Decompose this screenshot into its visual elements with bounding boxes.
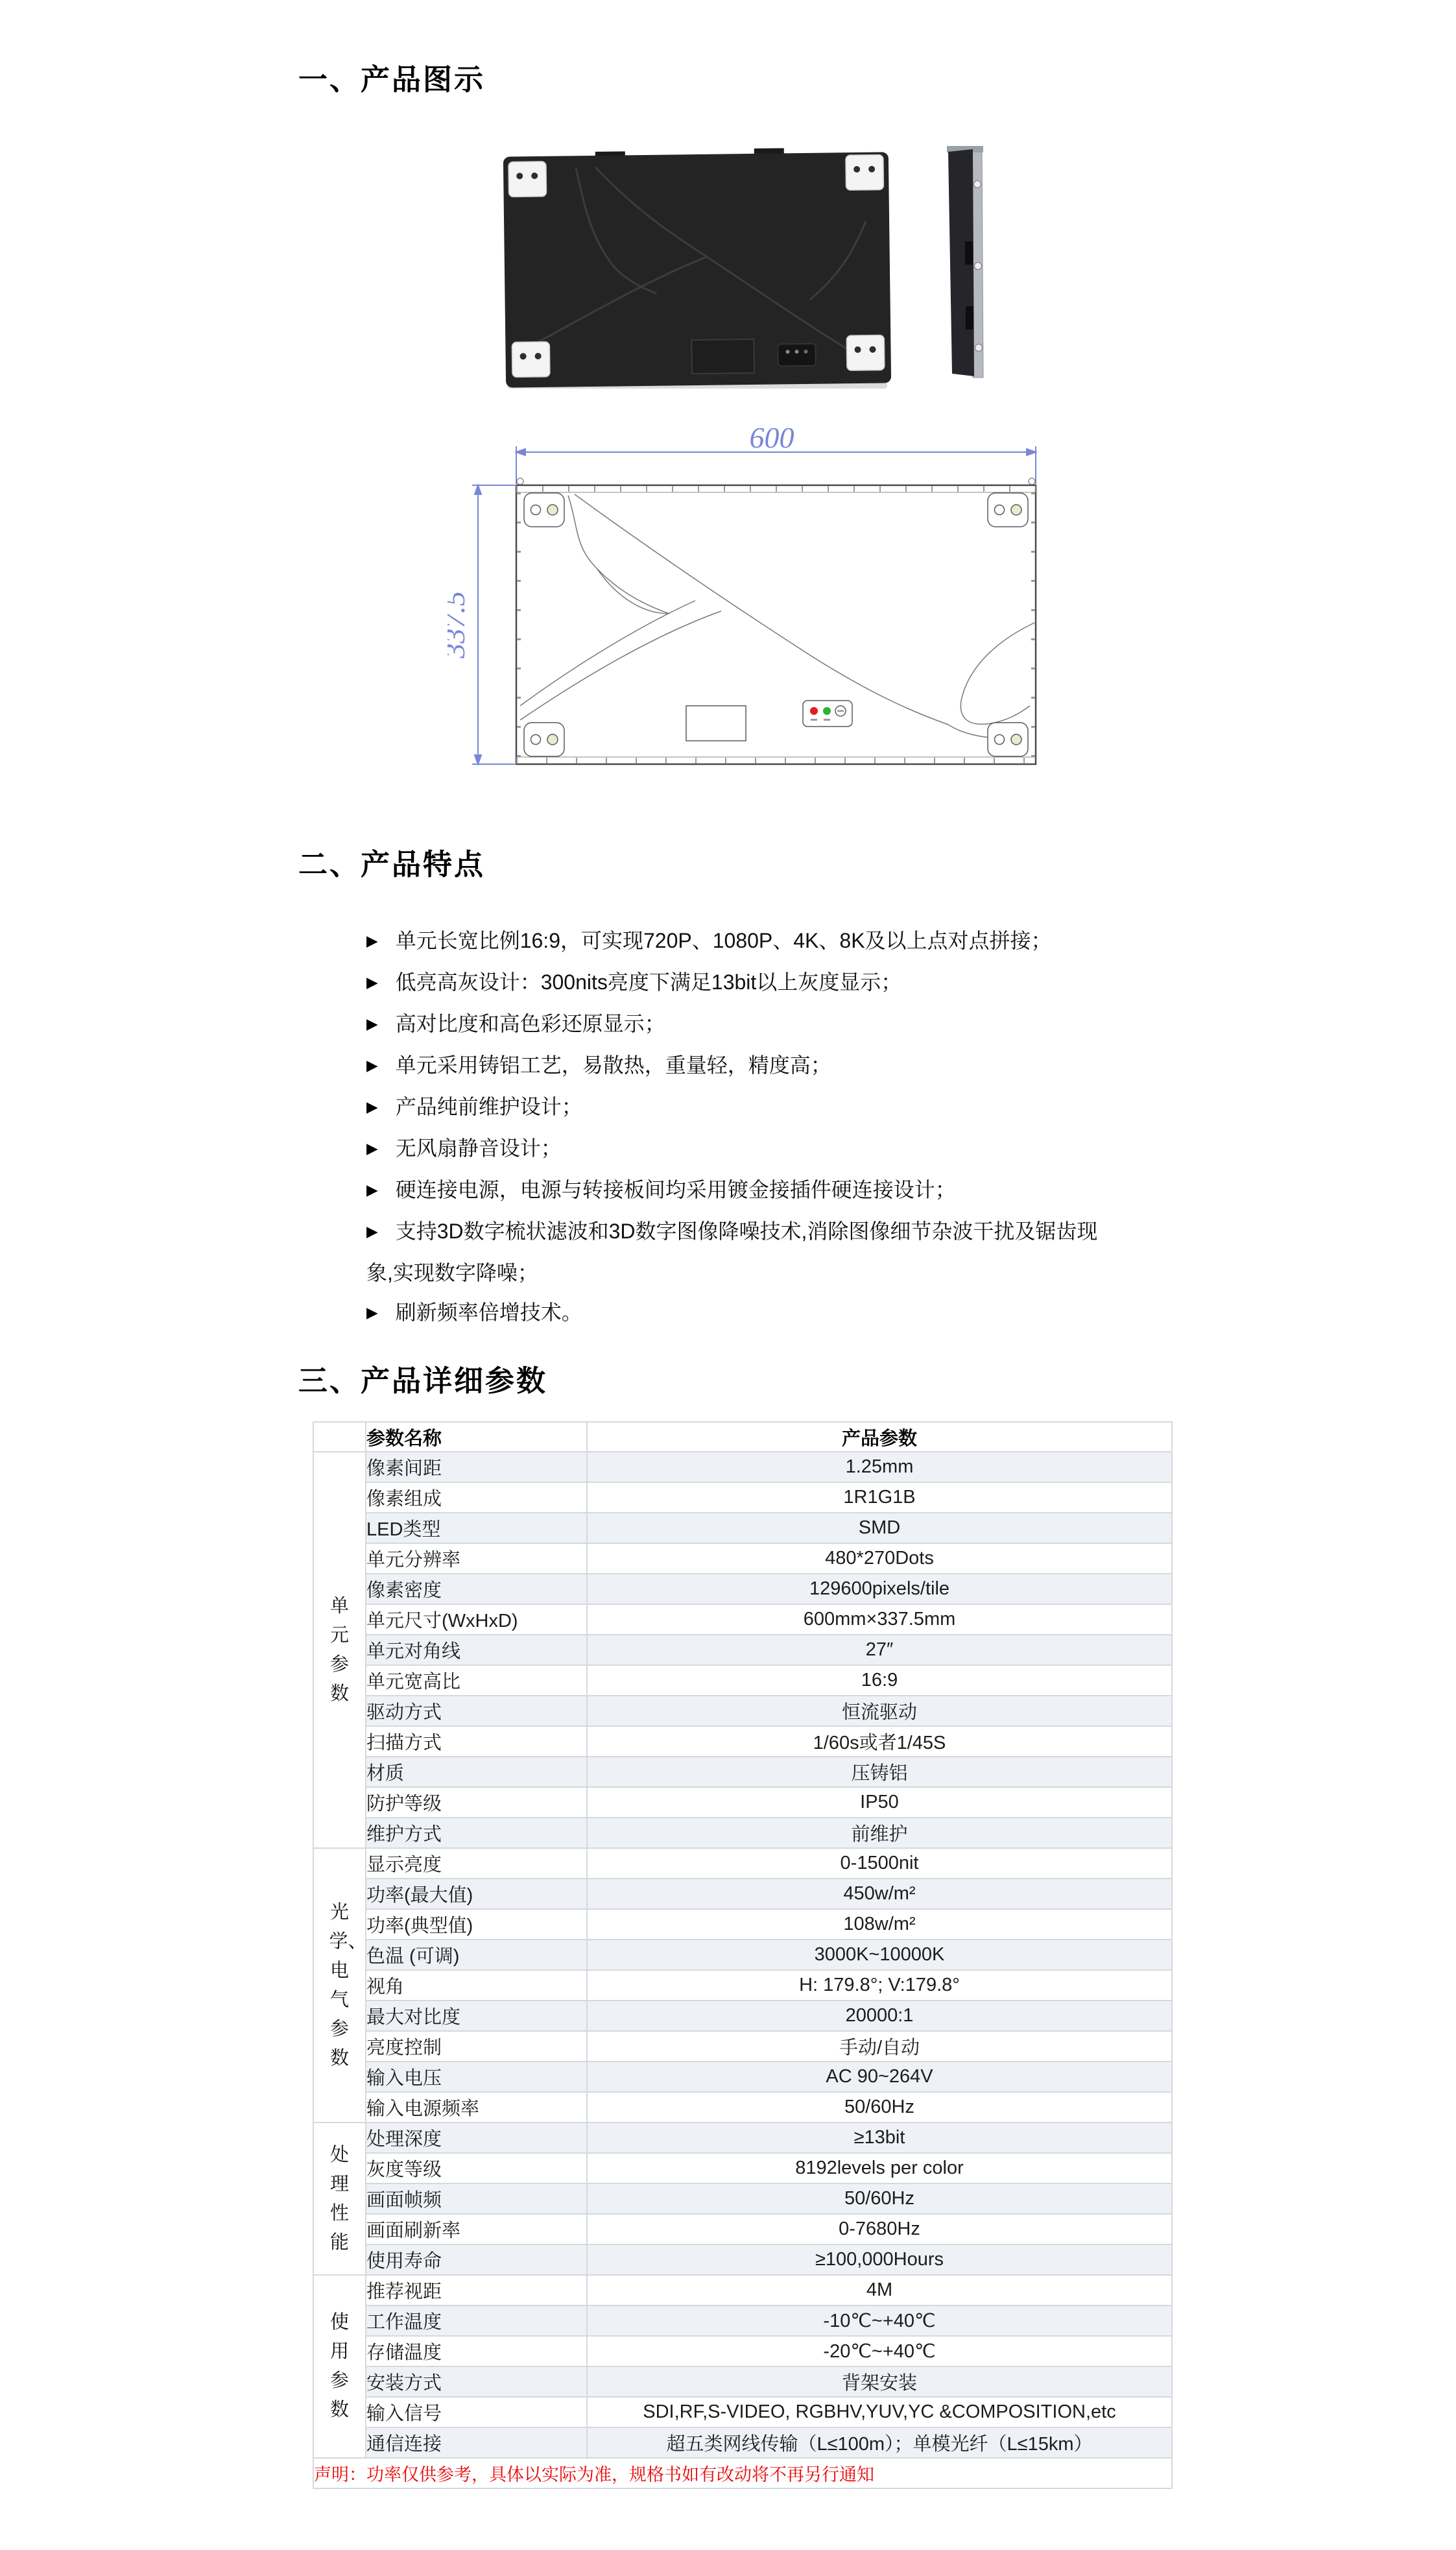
bullet-triangle-icon: ▶ — [366, 1015, 378, 1032]
param-name: 存储温度 — [366, 2336, 587, 2366]
param-value: 1.25mm — [587, 1452, 1172, 1482]
bullet-triangle-icon: ▶ — [366, 1304, 378, 1321]
param-value: SDI,RF,S-VIDEO, RGBHV,YUV,YC &COMPOSITIO… — [587, 2397, 1172, 2427]
feature-text: 产品纯前维护设计； — [396, 1095, 582, 1118]
param-value: 超五类网线传输（L≤100m）；单模光纤（L≤15km） — [587, 2427, 1172, 2458]
table-row: 单元对角线27″ — [313, 1635, 1172, 1665]
param-value: 恒流驱动 — [587, 1696, 1172, 1726]
param-name: 推荐视距 — [366, 2275, 587, 2305]
disclaimer-row: 声明：功率仅供参考，具体以实际为准，规格书如有改动将不再另行通知 — [313, 2458, 1172, 2488]
table-row: 单元分辨率480*270Dots — [313, 1543, 1172, 1574]
feature-item: ▶产品纯前维护设计； — [366, 1087, 1112, 1129]
param-value: SMD — [587, 1513, 1172, 1543]
param-name: 像素组成 — [366, 1482, 587, 1513]
param-name: 单元尺寸(WxHxD) — [366, 1604, 587, 1635]
table-row: 色温 (可调)3000K~10000K — [313, 1940, 1172, 1970]
param-value: 手动/自动 — [587, 2031, 1172, 2062]
table-row: 灰度等级8192levels per color — [313, 2153, 1172, 2183]
param-value: 129600pixels/tile — [587, 1574, 1172, 1604]
feature-item: ▶支持3D数字梳状滤波和3D数字图像降噪技术,消除图像细节杂波干扰及锯齿现象,实… — [366, 1212, 1112, 1293]
param-value: AC 90~264V — [587, 2062, 1172, 2092]
params-tbody: 单元参数像素间距1.25mm像素组成1R1G1BLED类型SMD单元分辨率480… — [313, 1452, 1172, 2458]
param-name: 防护等级 — [366, 1787, 587, 1818]
feature-item: ▶无风扇静音设计； — [366, 1129, 1112, 1170]
bullet-triangle-icon: ▶ — [366, 974, 378, 991]
table-row: 单元参数像素间距1.25mm — [313, 1452, 1172, 1482]
feature-item: ▶单元采用铸铝工艺，易散热，重量轻，精度高； — [366, 1046, 1112, 1087]
table-row: 最大对比度20000:1 — [313, 2001, 1172, 2031]
param-value: 50/60Hz — [587, 2183, 1172, 2214]
table-row: 亮度控制手动/自动 — [313, 2031, 1172, 2062]
param-name: 单元分辨率 — [366, 1543, 587, 1574]
table-row: LED类型SMD — [313, 1513, 1172, 1543]
led-indicator-plate — [803, 701, 852, 727]
group-label: 使用参数 — [313, 2275, 366, 2458]
param-name: 工作温度 — [366, 2305, 587, 2336]
param-name: 灰度等级 — [366, 2153, 587, 2183]
group-header-cell — [313, 1422, 366, 1452]
table-row: 画面帧频50/60Hz — [313, 2183, 1172, 2214]
bullet-triangle-icon: ▶ — [366, 1057, 378, 1074]
table-row: 视角H: 179.8°; V:179.8° — [313, 1970, 1172, 2001]
table-row: 单元宽高比16:9 — [313, 1665, 1172, 1696]
param-value: 108w/m² — [587, 1909, 1172, 1940]
features-list: ▶单元长宽比例16:9，可实现720P、1080P、4K、8K及以上点对点拼接；… — [366, 921, 1112, 1334]
params-table: 参数名称 产品参数 单元参数像素间距1.25mm像素组成1R1G1BLED类型S… — [313, 1421, 1173, 2489]
param-name: 色温 (可调) — [366, 1940, 587, 1970]
param-value: 0-1500nit — [587, 1848, 1172, 1879]
param-value: 450w/m² — [587, 1879, 1172, 1909]
feature-text: 单元长宽比例16:9，可实现720P、1080P、4K、8K及以上点对点拼接； — [396, 929, 1052, 952]
front-panel-graphic — [499, 147, 895, 393]
dimension-drawing-graphic: 600 337.5 — [448, 428, 1070, 791]
param-name: 单元宽高比 — [366, 1665, 587, 1696]
param-value: 480*270Dots — [587, 1543, 1172, 1574]
table-row: 像素密度129600pixels/tile — [313, 1574, 1172, 1604]
bullet-triangle-icon: ▶ — [366, 1140, 378, 1157]
param-name: 功率(典型值) — [366, 1909, 587, 1940]
table-row: 通信连接超五类网线传输（L≤100m）；单模光纤（L≤15km） — [313, 2427, 1172, 2458]
param-value: 3000K~10000K — [587, 1940, 1172, 1970]
param-name: 功率(最大值) — [366, 1879, 587, 1909]
bullet-triangle-icon: ▶ — [366, 1098, 378, 1115]
status-led-green — [823, 707, 831, 715]
param-value: -20℃~+40℃ — [587, 2336, 1172, 2366]
table-row: 驱动方式恒流驱动 — [313, 1696, 1172, 1726]
param-name-header: 参数名称 — [366, 1422, 587, 1452]
param-name: 亮度控制 — [366, 2031, 587, 2062]
product-front-image — [499, 147, 895, 393]
param-name: 单元对角线 — [366, 1635, 587, 1665]
table-row: 扫描方式1/60s或者1/45S — [313, 1726, 1172, 1757]
table-row: 单元尺寸(WxHxD)600mm×337.5mm — [313, 1604, 1172, 1635]
param-value: 600mm×337.5mm — [587, 1604, 1172, 1635]
param-value: 50/60Hz — [587, 2092, 1172, 2123]
param-value: 4M — [587, 2275, 1172, 2305]
param-name: 安装方式 — [366, 2366, 587, 2397]
feature-text: 高对比度和高色彩还原显示； — [396, 1012, 665, 1035]
product-side-image — [939, 143, 994, 384]
param-name: 通信连接 — [366, 2427, 587, 2458]
param-name: 材质 — [366, 1757, 587, 1787]
param-value: 前维护 — [587, 1818, 1172, 1848]
param-name: 驱动方式 — [366, 1696, 587, 1726]
param-value: IP50 — [587, 1787, 1172, 1818]
param-value-header: 产品参数 — [587, 1422, 1172, 1452]
height-dimension-label: 337.5 — [448, 591, 471, 659]
param-name: 维护方式 — [366, 1818, 587, 1848]
bullet-triangle-icon: ▶ — [366, 1181, 378, 1198]
disclaimer-text: 声明：功率仅供参考，具体以实际为准，规格书如有改动将不再另行通知 — [313, 2458, 1172, 2488]
table-row: 功率(典型值)108w/m² — [313, 1909, 1172, 1940]
param-value: 27″ — [587, 1635, 1172, 1665]
table-row: 安装方式背架安装 — [313, 2366, 1172, 2397]
feature-item: ▶高对比度和高色彩还原显示； — [366, 1004, 1112, 1046]
section-title-product-images: 一、产品图示 — [298, 56, 485, 98]
param-value: ≥100,000Hours — [587, 2244, 1172, 2275]
param-name: 显示亮度 — [366, 1848, 587, 1879]
feature-text: 无风扇静音设计； — [396, 1137, 562, 1160]
table-row: 处理性能处理深度≥13bit — [313, 2123, 1172, 2153]
table-row: 使用寿命≥100,000Hours — [313, 2244, 1172, 2275]
param-value: 1R1G1B — [587, 1482, 1172, 1513]
section-title-product-features: 二、产品特点 — [298, 841, 485, 883]
feature-text: 低亮高灰设计：300nits亮度下满足13bit以上灰度显示； — [396, 970, 902, 994]
power-led-red — [810, 707, 818, 715]
param-name: 视角 — [366, 1970, 587, 2001]
table-row: 功率(最大值)450w/m² — [313, 1879, 1172, 1909]
param-name: 输入电源频率 — [366, 2092, 587, 2123]
side-view-graphic — [939, 143, 994, 384]
table-row: 输入信号SDI,RF,S-VIDEO, RGBHV,YUV,YC &COMPOS… — [313, 2397, 1172, 2427]
group-label: 光学、电气参数 — [313, 1848, 366, 2123]
feature-item: ▶硬连接电源，电源与转接板间均采用镀金接插件硬连接设计； — [366, 1170, 1112, 1212]
param-name: 画面帧频 — [366, 2183, 587, 2214]
param-name: 扫描方式 — [366, 1726, 587, 1757]
table-row: 维护方式前维护 — [313, 1818, 1172, 1848]
section-title-detailed-params: 三、产品详细参数 — [298, 1357, 547, 1399]
feature-text: 支持3D数字梳状滤波和3D数字图像降噪技术,消除图像细节杂波干扰及锯齿现象,实现… — [366, 1220, 1097, 1284]
spec-sheet-page: 一、产品图示 — [0, 0, 1456, 2550]
param-value: 20000:1 — [587, 2001, 1172, 2031]
table-row: 工作温度-10℃~+40℃ — [313, 2305, 1172, 2336]
table-row: 像素组成1R1G1B — [313, 1482, 1172, 1513]
param-name: 像素间距 — [366, 1452, 587, 1482]
param-name: 使用寿命 — [366, 2244, 587, 2275]
param-value: 背架安装 — [587, 2366, 1172, 2397]
table-row: 存储温度-20℃~+40℃ — [313, 2336, 1172, 2366]
feature-item: ▶单元长宽比例16:9，可实现720P、1080P、4K、8K及以上点对点拼接； — [366, 921, 1112, 963]
feature-item: ▶低亮高灰设计：300nits亮度下满足13bit以上灰度显示； — [366, 963, 1112, 1004]
table-row: 输入电源频率50/60Hz — [313, 2092, 1172, 2123]
feature-text: 单元采用铸铝工艺，易散热，重量轻，精度高； — [396, 1053, 831, 1077]
feature-text: 刷新频率倍增技术。 — [396, 1301, 582, 1324]
table-header-row: 参数名称 产品参数 — [313, 1422, 1172, 1452]
param-name: LED类型 — [366, 1513, 587, 1543]
feature-item: ▶刷新频率倍增技术。 — [366, 1293, 1112, 1334]
param-name: 像素密度 — [366, 1574, 587, 1604]
table-row: 光学、电气参数显示亮度0-1500nit — [313, 1848, 1172, 1879]
table-row: 材质压铸铝 — [313, 1757, 1172, 1787]
param-value: 16:9 — [587, 1665, 1172, 1696]
dimension-drawing: 600 337.5 — [448, 428, 1070, 791]
param-value: -10℃~+40℃ — [587, 2305, 1172, 2336]
bullet-triangle-icon: ▶ — [366, 932, 378, 949]
table-row: 使用参数推荐视距4M — [313, 2275, 1172, 2305]
param-value: 8192levels per color — [587, 2153, 1172, 2183]
param-name: 输入电压 — [366, 2062, 587, 2092]
param-name: 输入信号 — [366, 2397, 587, 2427]
table-row: 输入电压AC 90~264V — [313, 2062, 1172, 2092]
table-row: 画面刷新率0-7680Hz — [313, 2214, 1172, 2244]
param-value: 压铸铝 — [587, 1757, 1172, 1787]
group-label: 单元参数 — [313, 1452, 366, 1848]
width-dimension-label: 600 — [750, 428, 794, 454]
group-label: 处理性能 — [313, 2123, 366, 2275]
param-value: 1/60s或者1/45S — [587, 1726, 1172, 1757]
param-value: 0-7680Hz — [587, 2214, 1172, 2244]
bullet-triangle-icon: ▶ — [366, 1223, 378, 1240]
table-row: 防护等级IP50 — [313, 1787, 1172, 1818]
param-value: ≥13bit — [587, 2123, 1172, 2153]
feature-text: 硬连接电源，电源与转接板间均采用镀金接插件硬连接设计； — [396, 1178, 956, 1201]
param-value: H: 179.8°; V:179.8° — [587, 1970, 1172, 2001]
param-name: 画面刷新率 — [366, 2214, 587, 2244]
param-name: 最大对比度 — [366, 2001, 587, 2031]
param-name: 处理深度 — [366, 2123, 587, 2153]
